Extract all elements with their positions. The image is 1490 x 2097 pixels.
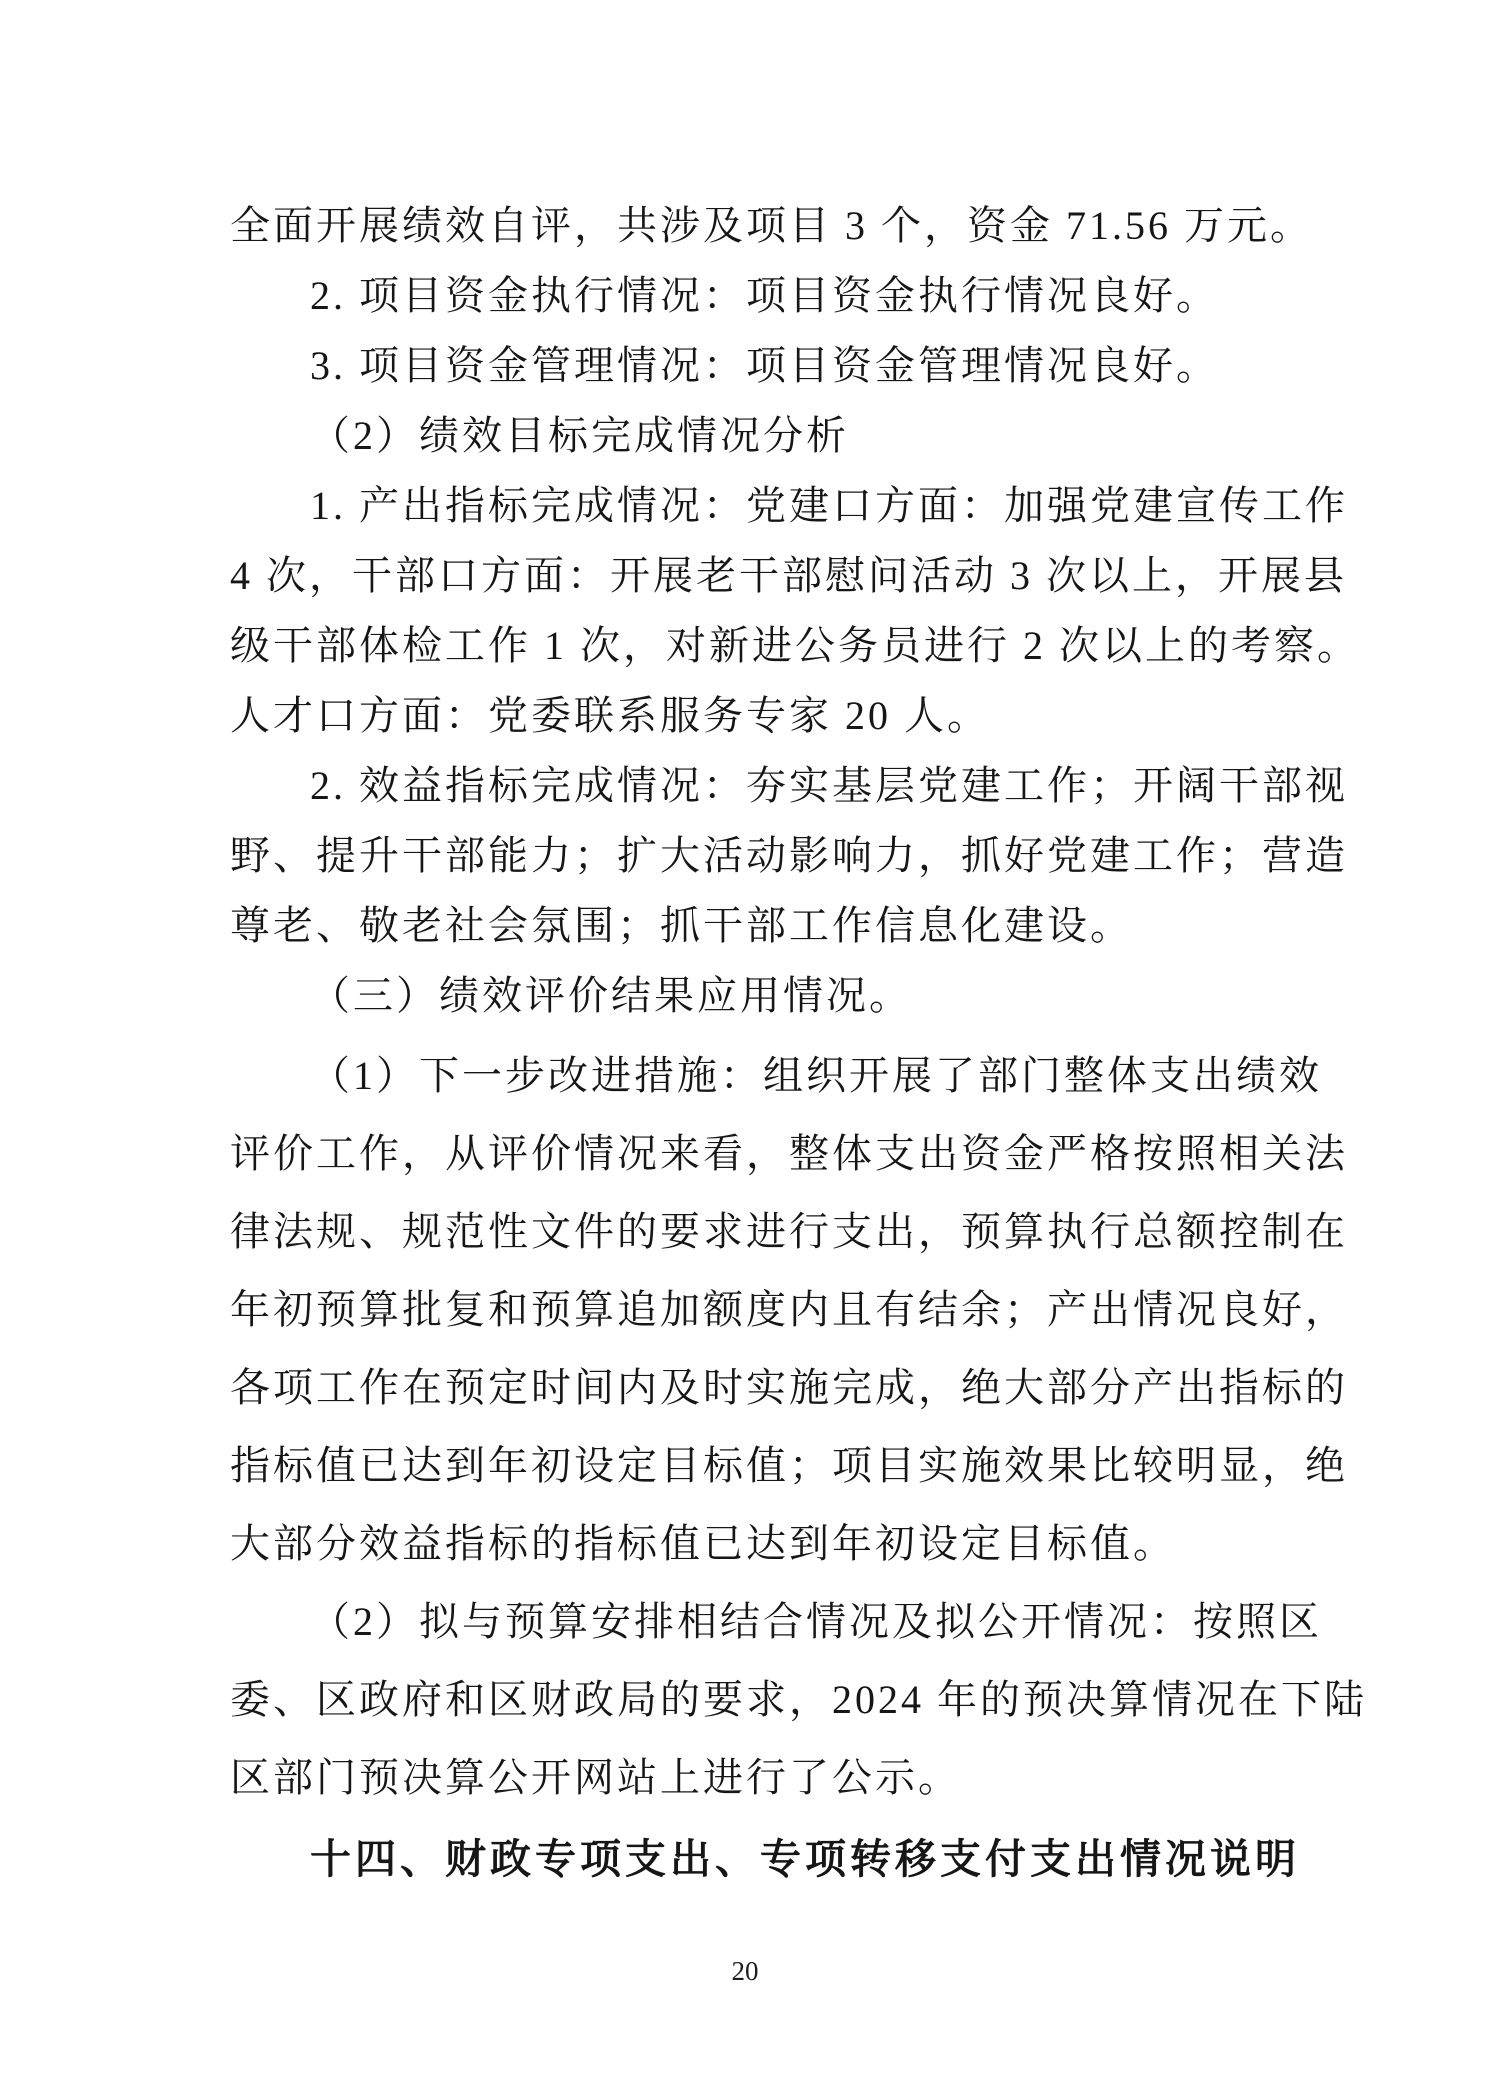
text-line: 3. 项目资金管理情况：项目资金管理情况良好。 xyxy=(230,331,1278,401)
page-number: 20 xyxy=(0,1956,1490,1987)
text-line: （2）拟与预算安排相结合情况及拟公开情况：按照区 xyxy=(230,1583,1278,1661)
text-line: 指标值已达到年初设定目标值；项目实施效果比较明显，绝 xyxy=(230,1427,1278,1505)
text-line: 野、提升干部能力；扩大活动影响力，抓好党建工作；营造 xyxy=(230,821,1278,891)
text-line: 尊老、敬老社会氛围；抓干部工作信息化建设。 xyxy=(230,891,1278,961)
text-line: 评价工作，从评价情况来看，整体支出资金严格按照相关法 xyxy=(230,1115,1278,1193)
text-line: （1）下一步改进措施：组织开展了部门整体支出绩效 xyxy=(230,1037,1278,1115)
document-page: 全面开展绩效自评，共涉及项目 3 个，资金 71.56 万元。2. 项目资金执行… xyxy=(0,0,1490,2097)
text-line: 律法规、规范性文件的要求进行支出，预算执行总额控制在 xyxy=(230,1193,1278,1271)
section-heading: 十四、财政专项支出、专项转移支付支出情况说明 xyxy=(230,1817,1278,1898)
text-line: 级干部体检工作 1 次，对新进公务员进行 2 次以上的考察。 xyxy=(230,611,1278,681)
text-line: 全面开展绩效自评，共涉及项目 3 个，资金 71.56 万元。 xyxy=(230,191,1278,261)
text-line: 2. 项目资金执行情况：项目资金执行情况良好。 xyxy=(230,261,1278,331)
text-line: 年初预算批复和预算追加额度内且有结余；产出情况良好， xyxy=(230,1271,1278,1349)
text-line: 人才口方面：党委联系服务专家 20 人。 xyxy=(230,681,1278,751)
text-line: 1. 产出指标完成情况：党建口方面：加强党建宣传工作 xyxy=(230,471,1278,541)
text-line: 4 次，干部口方面：开展老干部慰问活动 3 次以上，开展县 xyxy=(230,541,1278,611)
text-line: 大部分效益指标的指标值已达到年初设定目标值。 xyxy=(230,1505,1278,1583)
text-line: 委、区政府和区财政局的要求，2024 年的预决算情况在下陆 xyxy=(230,1661,1278,1739)
text-section-lower: （1）下一步改进措施：组织开展了部门整体支出绩效评价工作，从评价情况来看，整体支… xyxy=(230,1037,1278,1898)
text-line: （三）绩效评价结果应用情况。 xyxy=(230,961,1278,1031)
text-line: 各项工作在预定时间内及时实施完成，绝大部分产出指标的 xyxy=(230,1349,1278,1427)
text-line: （2）绩效目标完成情况分析 xyxy=(230,401,1278,471)
text-section-upper: 全面开展绩效自评，共涉及项目 3 个，资金 71.56 万元。2. 项目资金执行… xyxy=(230,191,1278,1031)
text-line: 区部门预决算公开网站上进行了公示。 xyxy=(230,1739,1278,1817)
text-line: 2. 效益指标完成情况：夯实基层党建工作；开阔干部视 xyxy=(230,751,1278,821)
